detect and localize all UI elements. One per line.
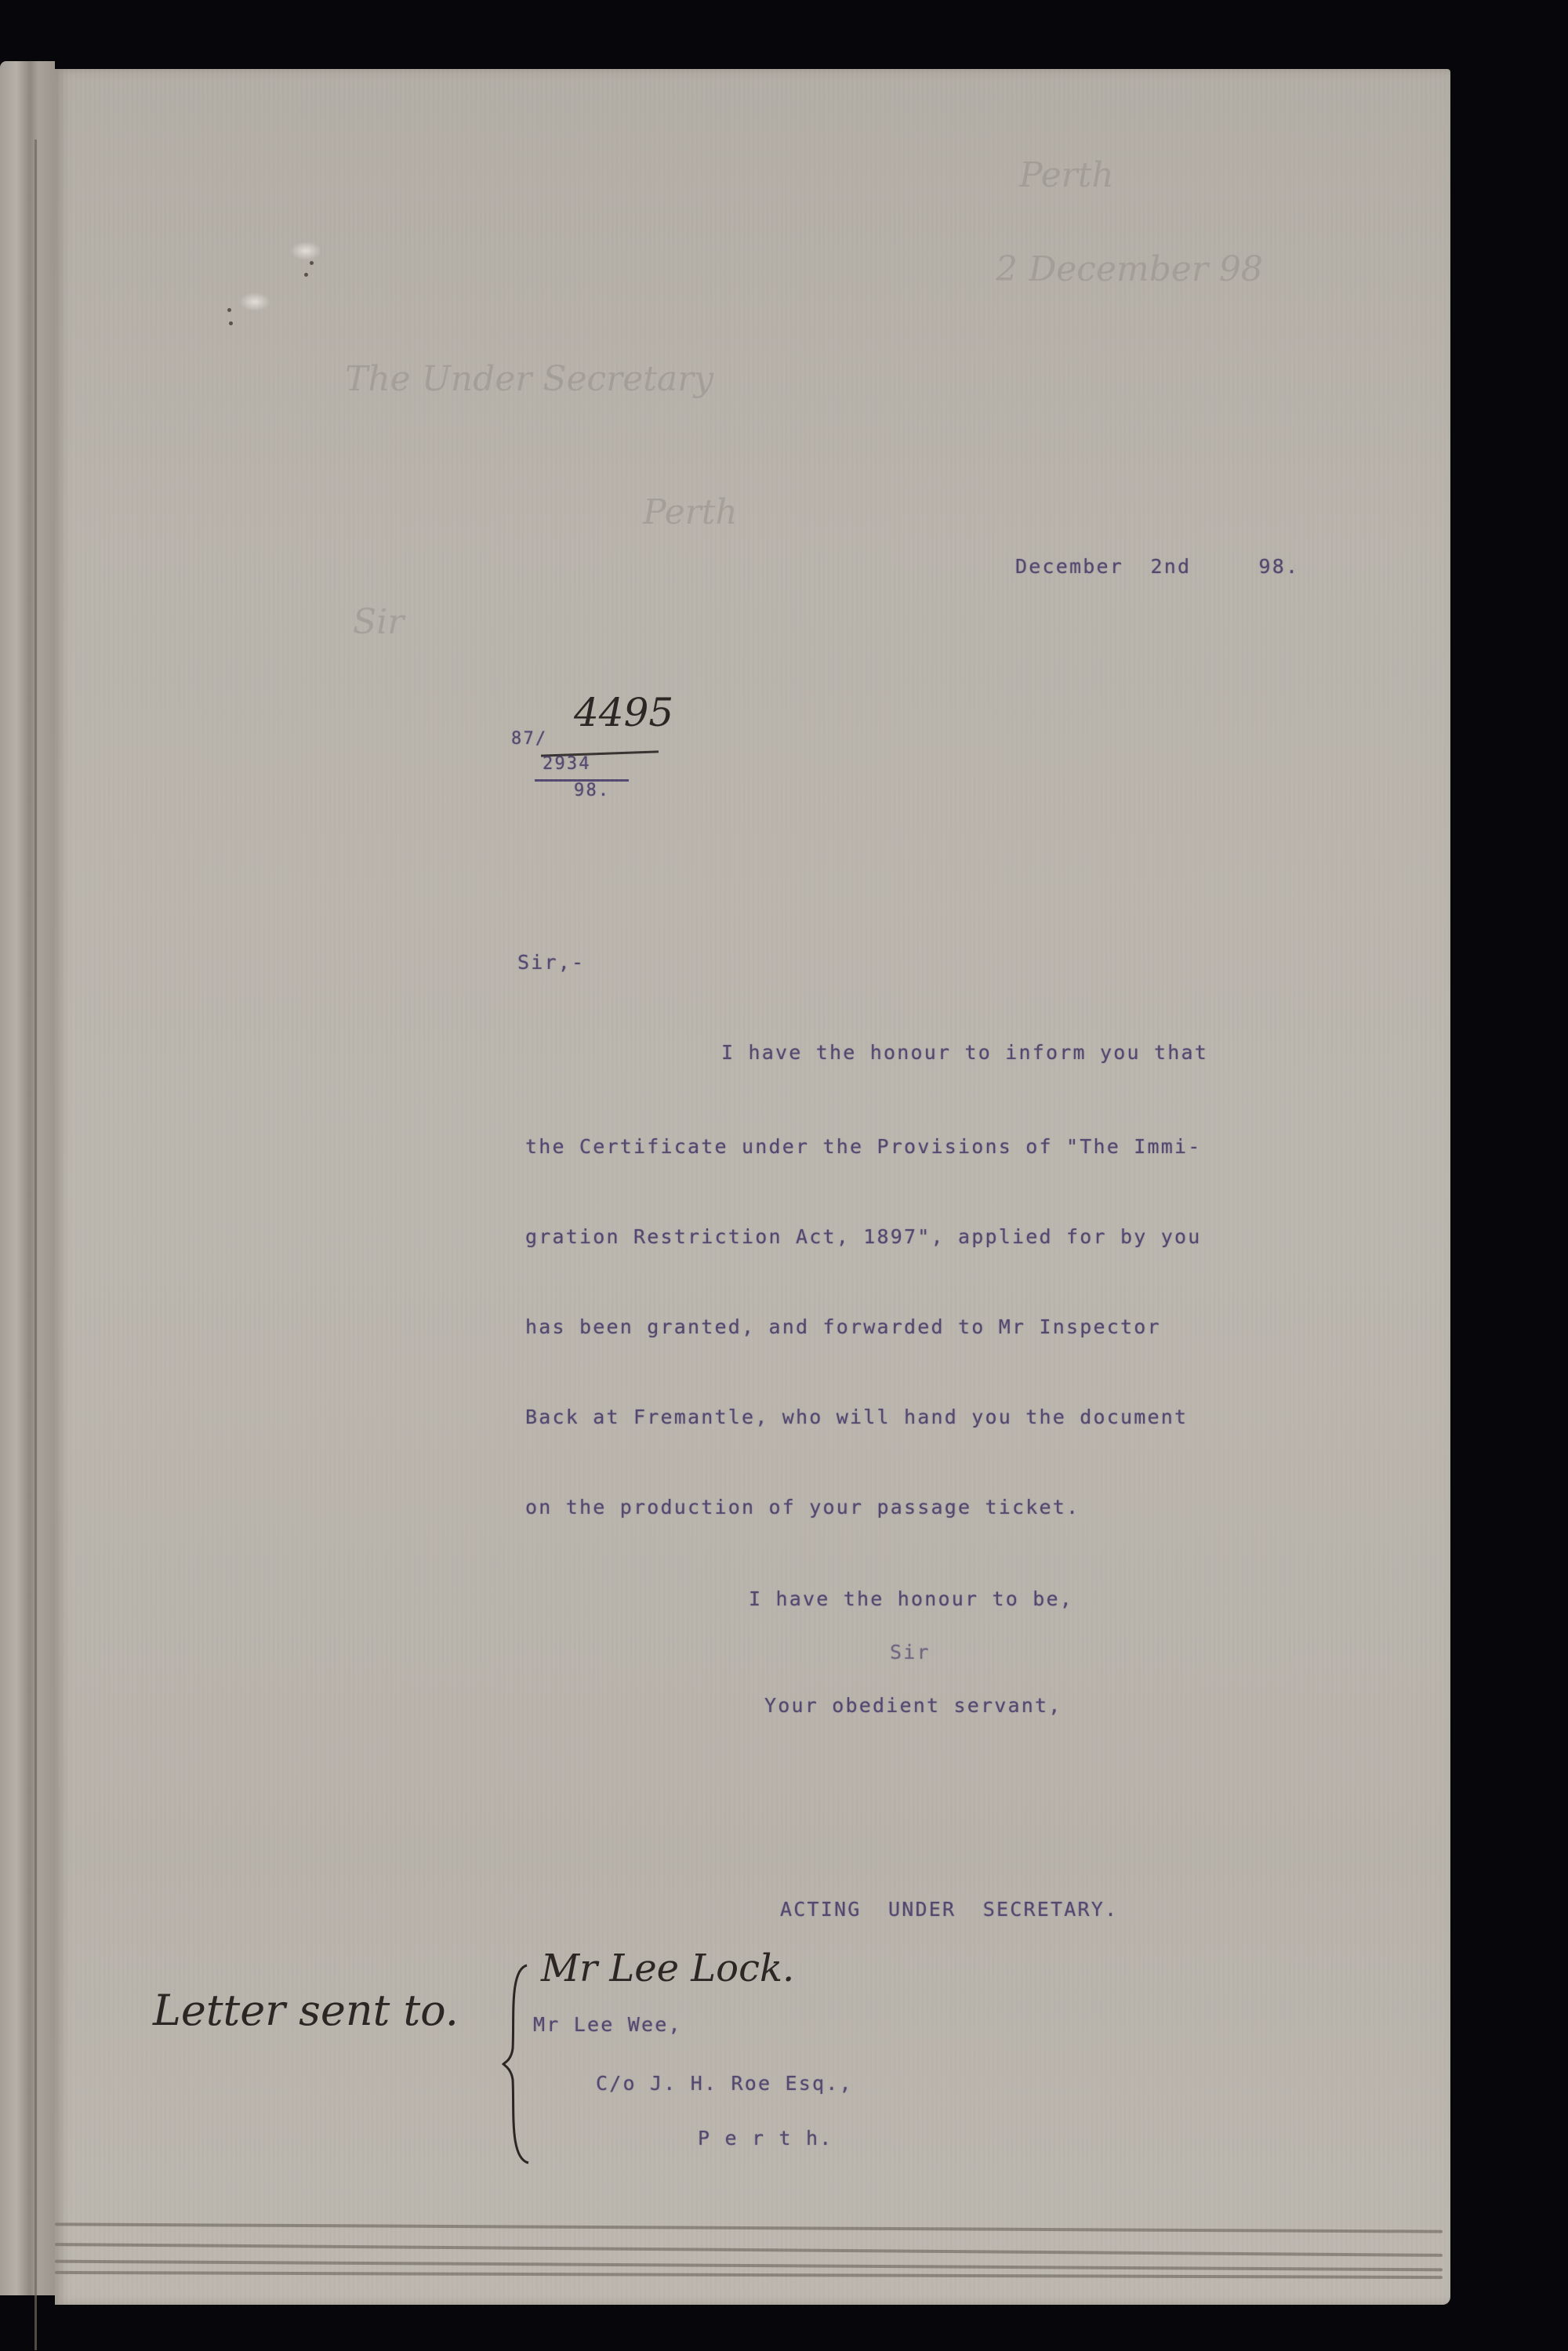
show-through-text: 2 December 98: [996, 249, 1263, 289]
body-line: has been granted, and forwarded to Mr In…: [525, 1315, 1161, 1338]
ref-typed-number: 2934: [543, 754, 591, 774]
pin-hole-dot: [304, 273, 308, 277]
binding-fold-line: [34, 140, 37, 2350]
ref-handwritten-number: 4495: [574, 690, 673, 735]
pin-holes: [212, 226, 337, 367]
body-line: Back at Fremantle, who will hand you the…: [525, 1406, 1188, 1428]
margin-note: Letter sent to.: [153, 1986, 459, 2035]
show-through-text: Perth: [1019, 155, 1114, 195]
addressee-name: Mr Lee Wee,: [533, 2013, 682, 2036]
body-line: the Certificate under the Provisions of …: [525, 1135, 1202, 1158]
ref-prefix: 87/: [511, 729, 547, 749]
body-line: I have the honour to inform you that: [721, 1041, 1208, 1064]
file-reference-number: 87/ 4495 2934 98.: [511, 698, 715, 815]
previous-page-binding-edge: [0, 61, 55, 2295]
pin-hole-dot: [227, 308, 231, 312]
addressee-care-of: C/o J. H. Roe Esq.,: [596, 2072, 853, 2095]
pin-hole-mark: [290, 241, 321, 260]
ref-year: 98.: [574, 781, 610, 800]
page-edge-line: [55, 2271, 1443, 2279]
addressee-city: P e r t h.: [698, 2127, 833, 2150]
signature-title: ACTING UNDER SECRETARY.: [780, 1898, 1118, 1921]
pin-hole-dot: [310, 261, 314, 265]
page-edge-line: [55, 2260, 1443, 2272]
pin-hole-mark: [239, 292, 270, 311]
pin-hole-dot: [229, 321, 233, 325]
addressee-handwritten-name: Mr Lee Lock.: [541, 1946, 794, 1990]
show-through-text: Sir: [353, 602, 404, 642]
photo-scene: Perth 2 December 98 The Under Secretary …: [0, 0, 1568, 2351]
letter-page: Perth 2 December 98 The Under Secretary …: [55, 69, 1450, 2305]
salutation: Sir,-: [517, 951, 585, 974]
body-line: on the production of your passage ticket…: [525, 1496, 1080, 1518]
show-through-text: The Under Secretary: [345, 359, 713, 399]
show-through-text: Perth: [643, 492, 738, 532]
page-edge-line: [55, 2222, 1443, 2233]
closing-line: I have the honour to be,: [749, 1587, 1073, 1610]
page-edge-line: [55, 2243, 1443, 2257]
body-line: gration Restriction Act, 1897", applied …: [525, 1225, 1202, 1248]
closing-line: Sir: [890, 1641, 931, 1663]
closing-line: Your obedient servant,: [764, 1694, 1062, 1717]
curly-brace-icon: [502, 1962, 533, 2166]
letter-date: December 2nd 98.: [1015, 555, 1299, 578]
